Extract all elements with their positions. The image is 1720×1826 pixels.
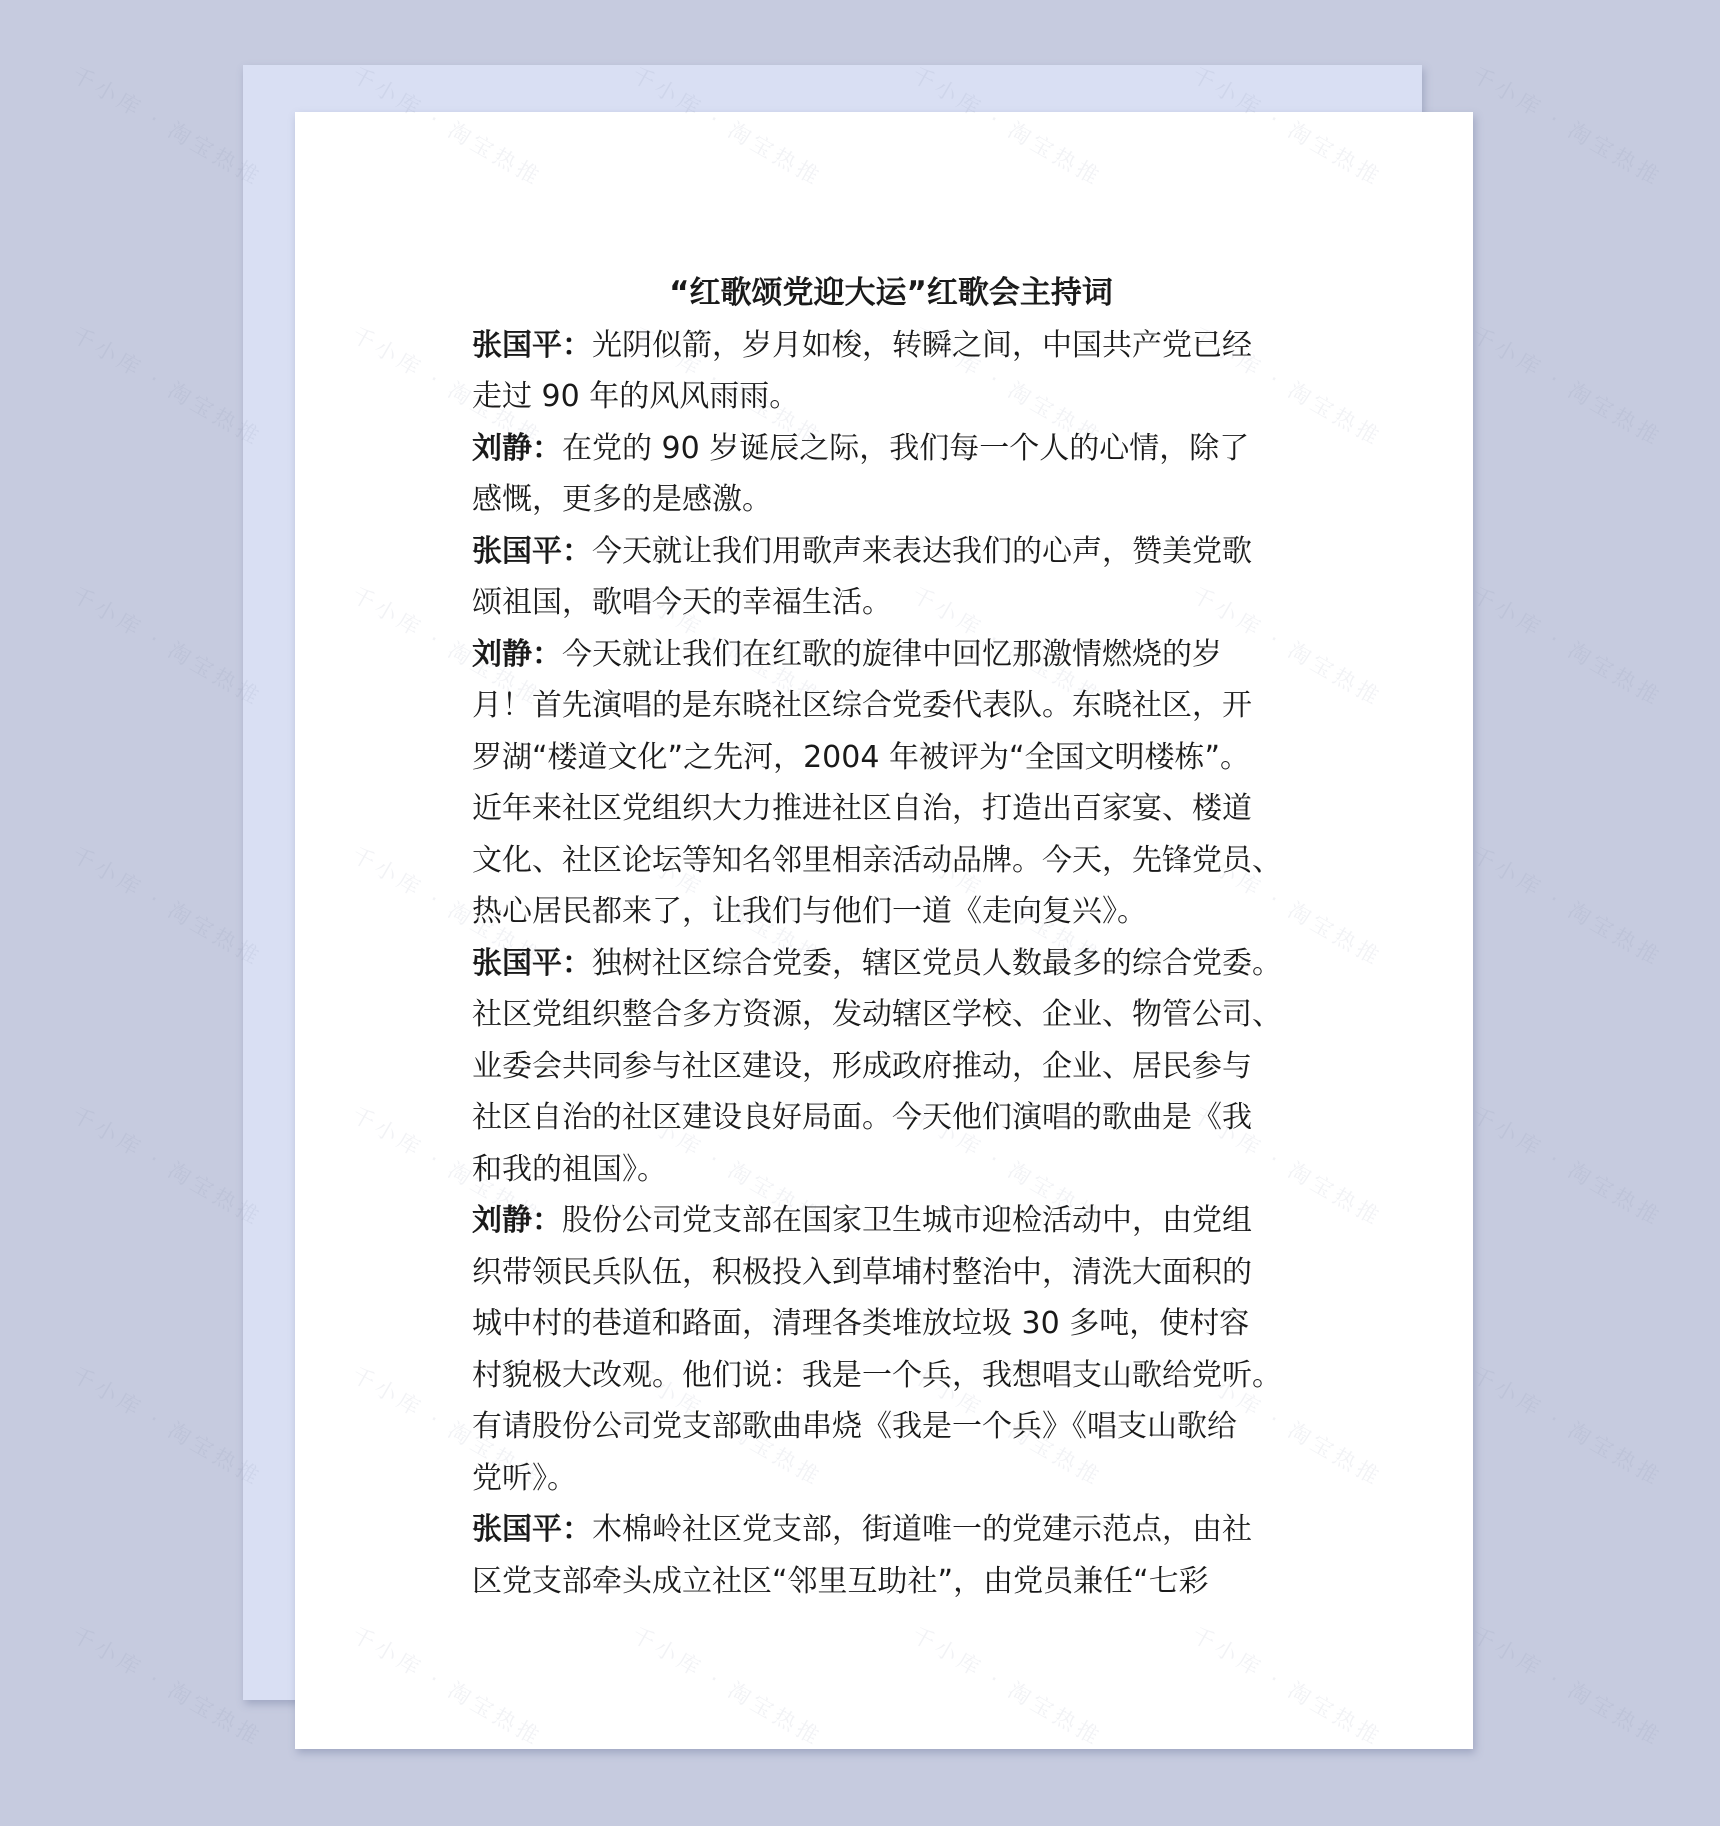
text-line: 业委会共同参与社区建设，形成政府推动，企业、居民参与 xyxy=(472,1041,1294,1093)
line-text: 今天就让我们用歌声来表达我们的心声，赞美党歌 xyxy=(592,534,1252,569)
text-line: 刘静：今天就让我们在红歌的旋律中回忆那激情燃烧的岁 xyxy=(472,629,1294,681)
text-line: 颂祖国，歌唱今天的幸福生活。 xyxy=(472,577,1294,629)
text-line: 区党支部牵头成立社区“邻里互助社”，由党员兼任“七彩 xyxy=(472,1556,1294,1608)
speaker-label: 刘静： xyxy=(472,431,562,466)
text-line: 罗湖“楼道文化”之先河，2004 年被评为“全国文明楼栋”。 xyxy=(472,732,1294,784)
speaker-label: 张国平： xyxy=(472,1512,592,1547)
line-text: 在党的 90 岁诞辰之际，我们每一个人的心情，除了 xyxy=(562,431,1249,466)
watermark-text: 千小库 · 淘宝热推 xyxy=(67,318,269,452)
text-line: 刘静：在党的 90 岁诞辰之际，我们每一个人的心情，除了 xyxy=(472,423,1294,475)
text-line: 有请股份公司党支部歌曲串烧《我是一个兵》《唱支山歌给 xyxy=(472,1401,1294,1453)
paragraph-7: 张国平：木棉岭社区党支部，街道唯一的党建示范点，由社 区党支部牵头成立社区“邻里… xyxy=(472,1504,1294,1607)
watermark-text: 千小库 · 淘宝热推 xyxy=(67,1618,269,1752)
watermark-text: 千小库 · 淘宝热推 xyxy=(1467,838,1669,972)
paragraph-4: 刘静：今天就让我们在红歌的旋律中回忆那激情燃烧的岁 月！首先演唱的是东晓社区综合… xyxy=(472,629,1294,938)
paragraph-6: 刘静：股份公司党支部在国家卫生城市迎检活动中，由党组 织带领民兵队伍，积极投入到… xyxy=(472,1195,1294,1504)
speaker-label: 张国平： xyxy=(472,328,592,363)
watermark-text: 千小库 · 淘宝热推 xyxy=(67,1098,269,1232)
line-text: 木棉岭社区党支部，街道唯一的党建示范点，由社 xyxy=(592,1512,1252,1547)
text-line: 文化、社区论坛等知名邻里相亲活动品牌。今天，先锋党员、 xyxy=(472,835,1294,887)
text-line: 感慨，更多的是感激。 xyxy=(472,474,1294,526)
text-line: 近年来社区党组织大力推进社区自治，打造出百家宴、楼道 xyxy=(472,783,1294,835)
text-line: 走过 90 年的风风雨雨。 xyxy=(472,371,1294,423)
text-line: 社区自治的社区建设良好局面。今天他们演唱的歌曲是《我 xyxy=(472,1092,1294,1144)
text-line: 月！首先演唱的是东晓社区综合党委代表队。东晓社区，开 xyxy=(472,680,1294,732)
speaker-label: 张国平： xyxy=(472,946,592,981)
line-text: 光阴似箭，岁月如梭，转瞬之间，中国共产党已经 xyxy=(592,328,1252,363)
paragraph-1: 张国平：光阴似箭，岁月如梭，转瞬之间，中国共产党已经 走过 90 年的风风雨雨。 xyxy=(472,320,1294,423)
paragraph-3: 张国平：今天就让我们用歌声来表达我们的心声，赞美党歌 颂祖国，歌唱今天的幸福生活… xyxy=(472,526,1294,629)
watermark-text: 千小库 · 淘宝热推 xyxy=(67,578,269,712)
watermark-text: 千小库 · 淘宝热推 xyxy=(1467,1098,1669,1232)
text-line: 张国平：光阴似箭，岁月如梭，转瞬之间，中国共产党已经 xyxy=(472,320,1294,372)
speaker-label: 刘静： xyxy=(472,637,562,672)
paragraph-5: 张国平：独树社区综合党委，辖区党员人数最多的综合党委。 社区党组织整合多方资源，… xyxy=(472,938,1294,1196)
document-title: “红歌颂党迎大运”红歌会主持词 xyxy=(488,268,1294,320)
speaker-label: 刘静： xyxy=(472,1203,562,1238)
paragraph-2: 刘静：在党的 90 岁诞辰之际，我们每一个人的心情，除了 感慨，更多的是感激。 xyxy=(472,423,1294,526)
text-line: 张国平：独树社区综合党委，辖区党员人数最多的综合党委。 xyxy=(472,938,1294,990)
text-line: 张国平：今天就让我们用歌声来表达我们的心声，赞美党歌 xyxy=(472,526,1294,578)
document-body: “红歌颂党迎大运”红歌会主持词 张国平：光阴似箭，岁月如梭，转瞬之间，中国共产党… xyxy=(472,268,1294,1607)
line-text: 股份公司党支部在国家卫生城市迎检活动中，由党组 xyxy=(562,1203,1252,1238)
watermark-text: 千小库 · 淘宝热推 xyxy=(67,58,269,192)
speaker-label: 张国平： xyxy=(472,534,592,569)
watermark-text: 千小库 · 淘宝热推 xyxy=(1467,1618,1669,1752)
watermark-text: 千小库 · 淘宝热推 xyxy=(1467,58,1669,192)
line-text: 今天就让我们在红歌的旋律中回忆那激情燃烧的岁 xyxy=(562,637,1222,672)
watermark-text: 千小库 · 淘宝热推 xyxy=(67,838,269,972)
watermark-text: 千小库 · 淘宝热推 xyxy=(1467,1358,1669,1492)
text-line: 党听》。 xyxy=(472,1453,1294,1505)
text-line: 城中村的巷道和路面，清理各类堆放垃圾 30 多吨，使村容 xyxy=(472,1298,1294,1350)
line-text: 独树社区综合党委，辖区党员人数最多的综合党委。 xyxy=(592,946,1282,981)
text-line: 热心居民都来了，让我们与他们一道《走向复兴》。 xyxy=(472,886,1294,938)
text-line: 张国平：木棉岭社区党支部，街道唯一的党建示范点，由社 xyxy=(472,1504,1294,1556)
text-line: 村貌极大改观。他们说：我是一个兵，我想唱支山歌给党听。 xyxy=(472,1350,1294,1402)
text-line: 社区党组织整合多方资源，发动辖区学校、企业、物管公司、 xyxy=(472,989,1294,1041)
watermark-text: 千小库 · 淘宝热推 xyxy=(1467,318,1669,452)
text-line: 刘静：股份公司党支部在国家卫生城市迎检活动中，由党组 xyxy=(472,1195,1294,1247)
watermark-text: 千小库 · 淘宝热推 xyxy=(67,1358,269,1492)
watermark-text: 千小库 · 淘宝热推 xyxy=(1467,578,1669,712)
text-line: 和我的祖国》。 xyxy=(472,1144,1294,1196)
text-line: 织带领民兵队伍，积极投入到草埔村整治中，清洗大面积的 xyxy=(472,1247,1294,1299)
